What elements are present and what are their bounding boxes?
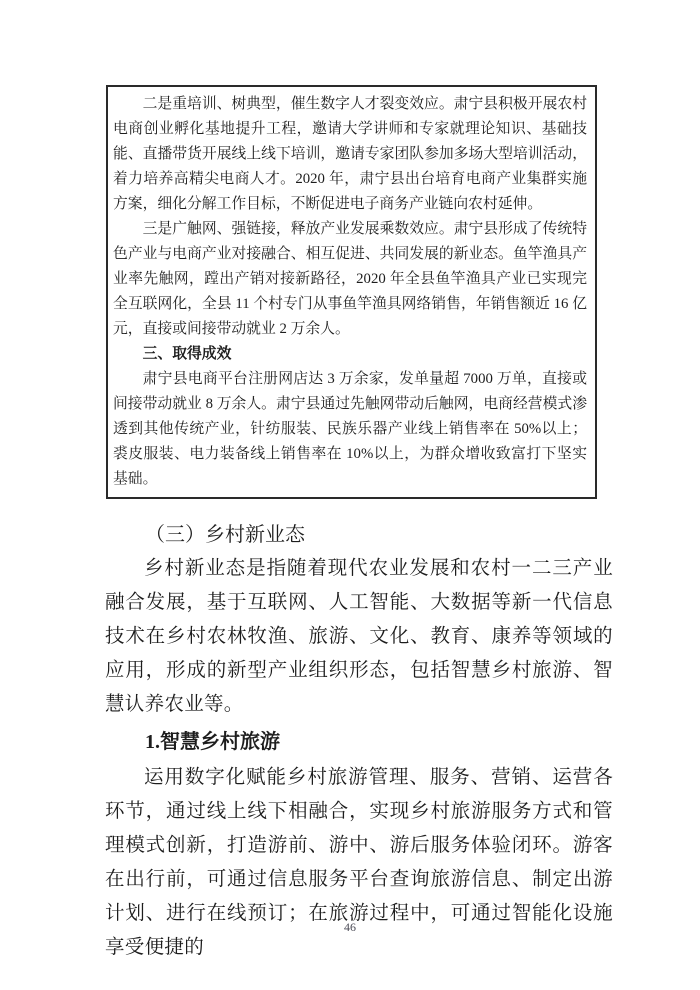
box-paragraph-training: 二是重培训、树典型，催生数字人才裂变效应。肃宁县积极开展农村电商创业孵化基地提升… [113,92,587,217]
bordered-excerpt-box: 二是重培训、树典型，催生数字人才裂变效应。肃宁县积极开展农村电商创业孵化基地提升… [106,85,597,499]
document-page: 二是重培训、树典型，催生数字人才裂变效应。肃宁县积极开展农村电商创业孵化基地提升… [0,0,700,990]
body-paragraph-intro: 乡村新业态是指随着现代农业发展和农村一二三产业融合发展，基于互联网、人工智能、大… [105,552,613,722]
box-section-heading: 三、取得成效 [113,342,587,367]
sub-heading-smart-rural-tourism: 1.智慧乡村旅游 [105,725,613,759]
section-heading-rural-new-business: （三）乡村新业态 [105,518,613,552]
page-number: 46 [0,920,700,935]
box-paragraph-results: 肃宁县电商平台注册网店达 3 万余家，发单量超 7000 万单，直接或间接带动就… [113,367,587,492]
box-paragraph-network: 三是广触网、强链接，释放产业发展乘数效应。肃宁县形成了传统特色产业与电商产业对接… [113,217,587,342]
